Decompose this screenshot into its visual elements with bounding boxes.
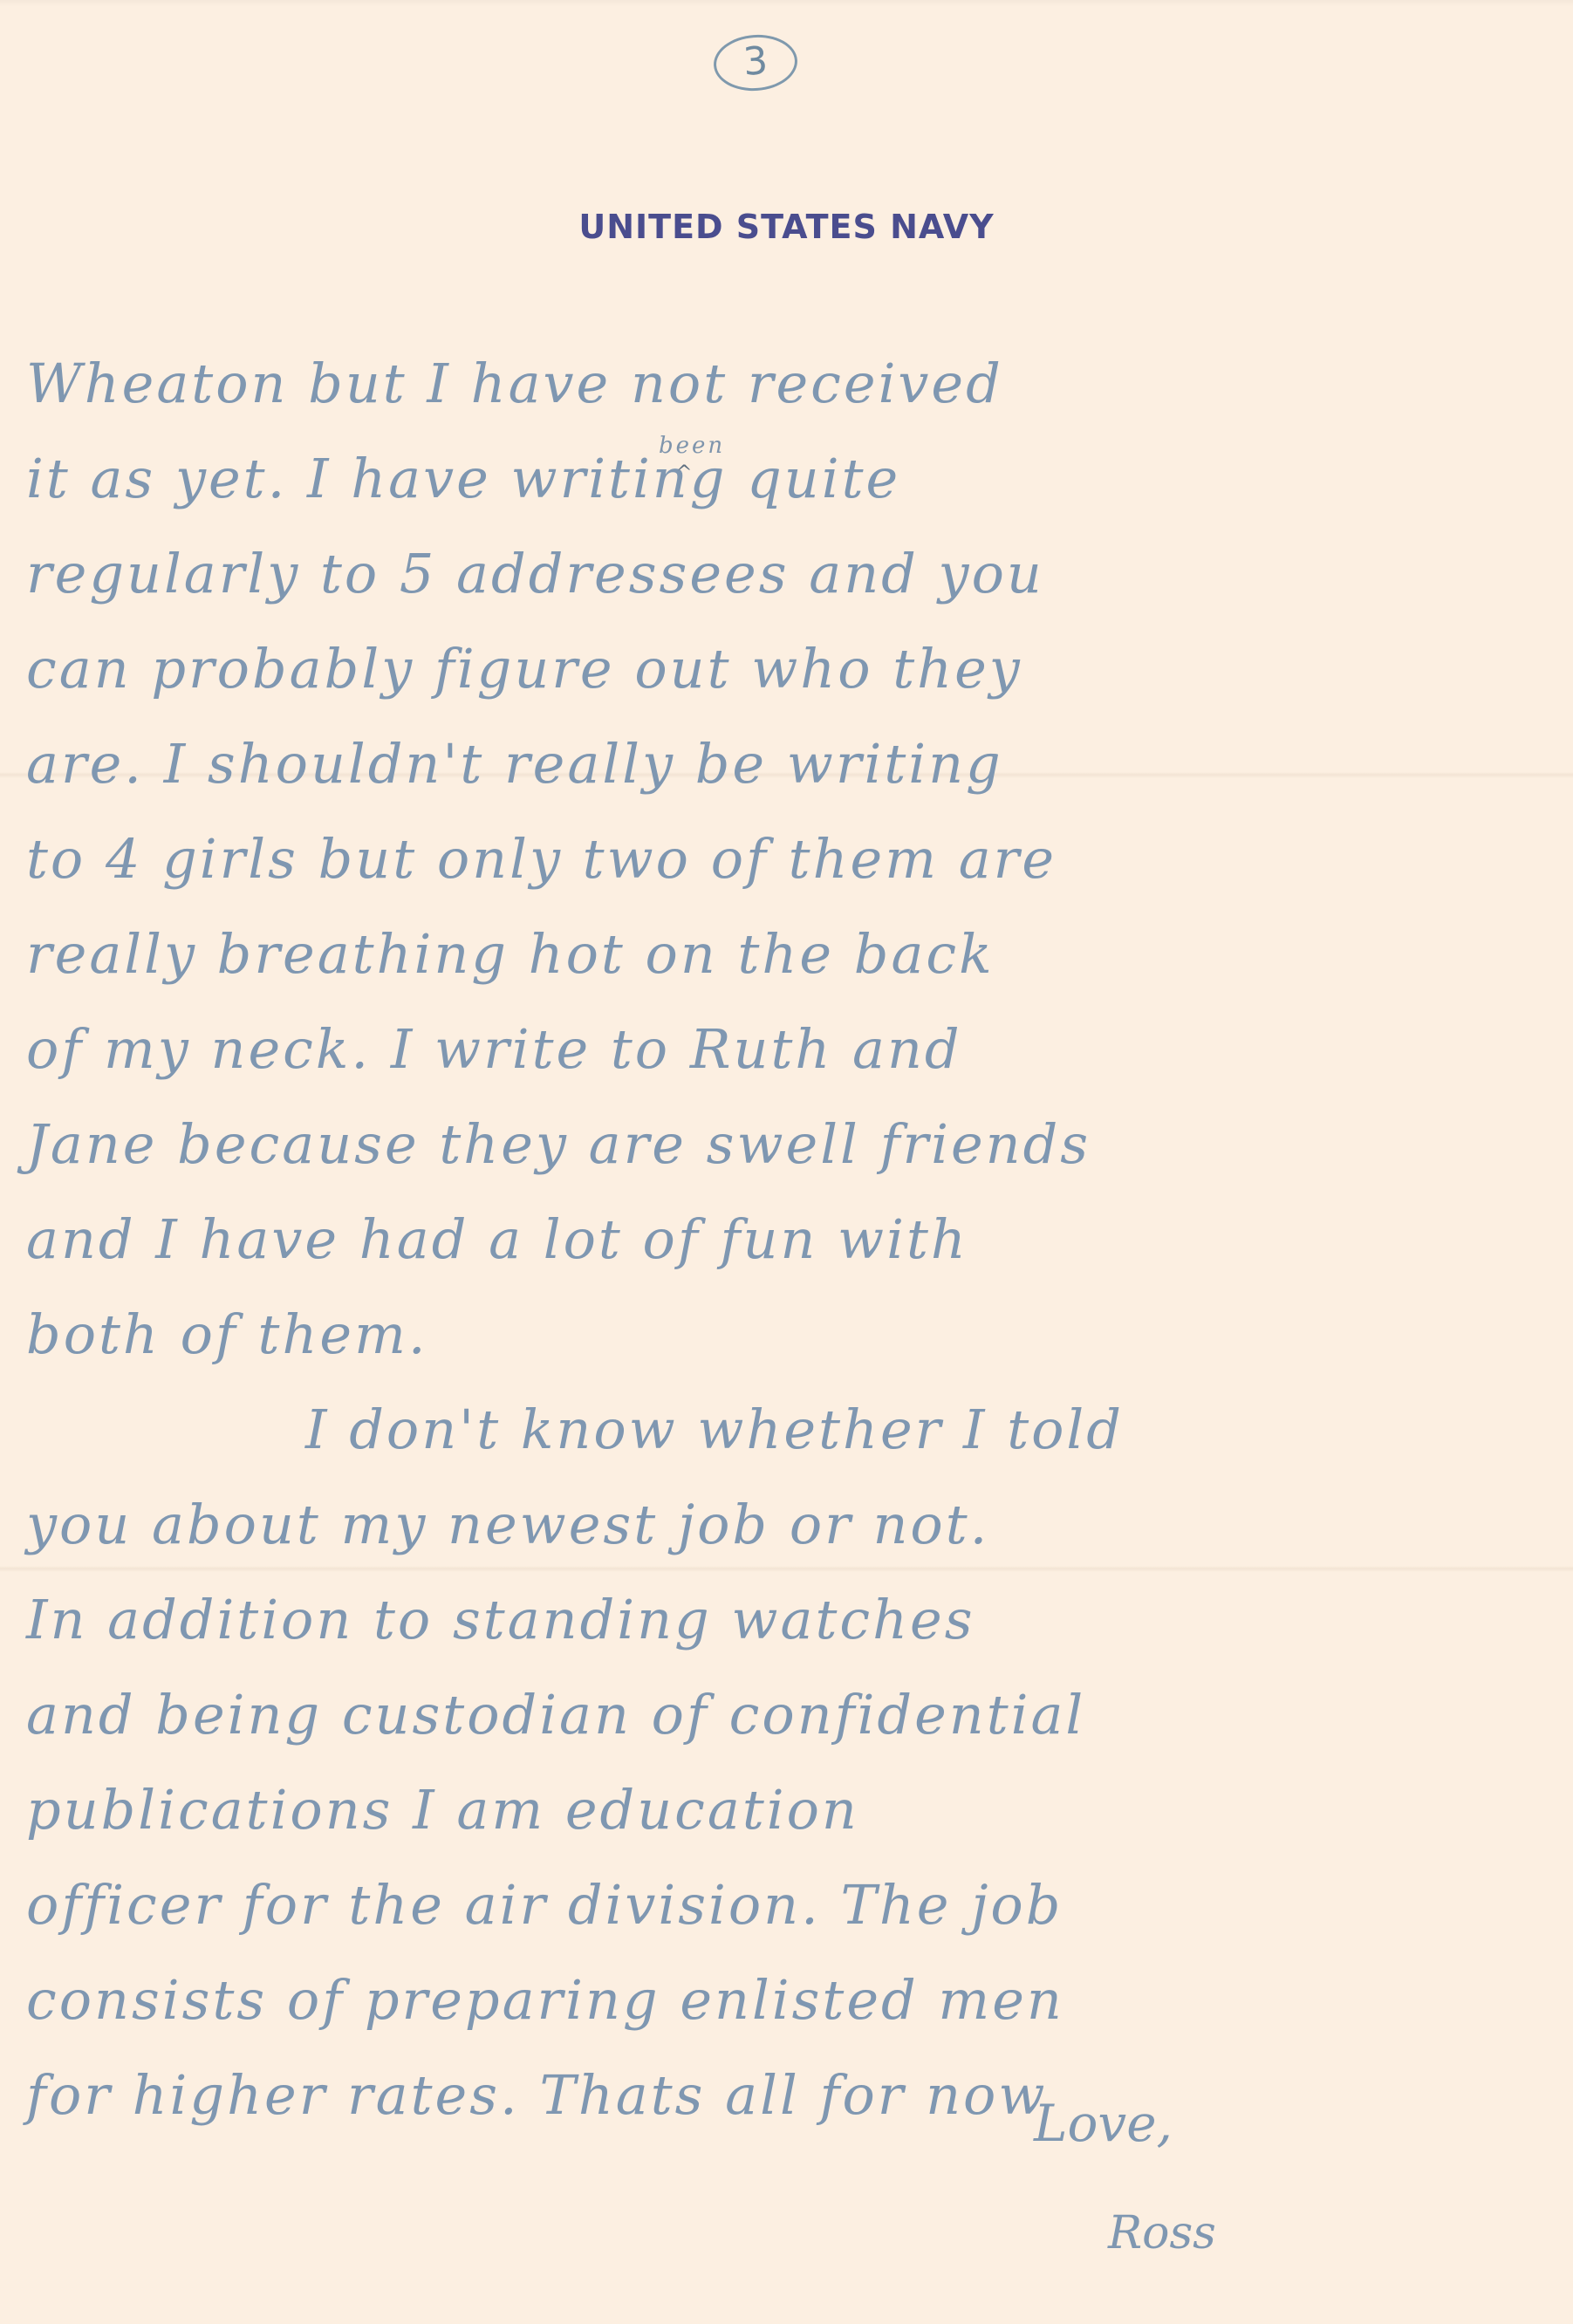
letter-line: are. I shouldn't really be writing	[26, 721, 1553, 816]
letter-line: can probably figure out who they	[26, 625, 1553, 721]
letter-line: consists of preparing enlisted men	[26, 1957, 1553, 2052]
letter-line: and being custodian of confidential	[26, 1671, 1553, 1767]
letter-page: 3 UNITED STATES NAVY Wheaton but I have …	[0, 0, 1573, 2324]
page-number: 3	[712, 32, 799, 94]
letter-line: officer for the air division. The job	[26, 1862, 1553, 1957]
letter-line-with-insertion: been ^ it as yet. I have writing quite	[26, 435, 1553, 530]
letter-line: of my neck. I write to Ruth and	[26, 1006, 1553, 1101]
closing: Love,	[1034, 2094, 1173, 2153]
letter-line: In addition to standing watches	[26, 1576, 1553, 1671]
letter-line: regularly to 5 addressees and you	[26, 530, 1553, 625]
signature: Ross	[1108, 2207, 1216, 2259]
letter-line: and I have had a lot of fun with	[26, 1196, 1553, 1291]
insertion-caret-icon: ^	[676, 430, 694, 517]
letter-line-text: it as yet. I have writing quite	[26, 447, 900, 510]
letter-line-paragraph-start: I don't know whether I told	[26, 1386, 1553, 1481]
letter-line: for higher rates. Thats all for now	[26, 2052, 1553, 2147]
letter-body: Wheaton but I have not received been ^ i…	[26, 340, 1553, 2147]
letter-line: Wheaton but I have not received	[26, 340, 1553, 435]
letter-line: publications I am education	[26, 1767, 1553, 1862]
letter-line: to 4 girls but only two of them are	[26, 816, 1553, 911]
letter-line: Jane because they are swell friends	[26, 1101, 1553, 1196]
letter-line: really breathing hot on the back	[26, 911, 1553, 1006]
letter-line: you about my newest job or not.	[26, 1481, 1553, 1576]
letter-line: both of them.	[26, 1291, 1553, 1386]
letterhead: UNITED STATES NAVY	[0, 208, 1573, 246]
